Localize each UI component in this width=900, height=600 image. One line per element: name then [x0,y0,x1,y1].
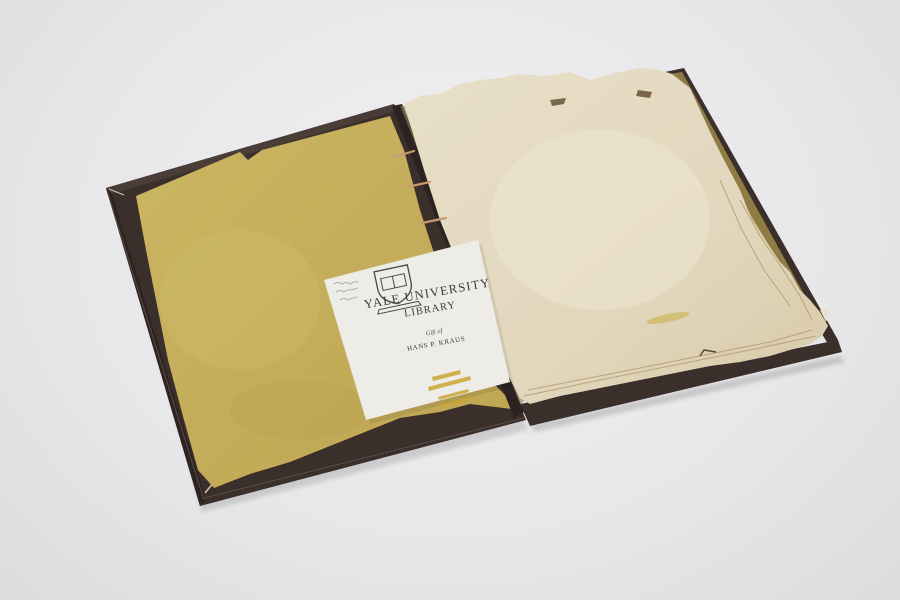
book-photograph [0,0,900,600]
